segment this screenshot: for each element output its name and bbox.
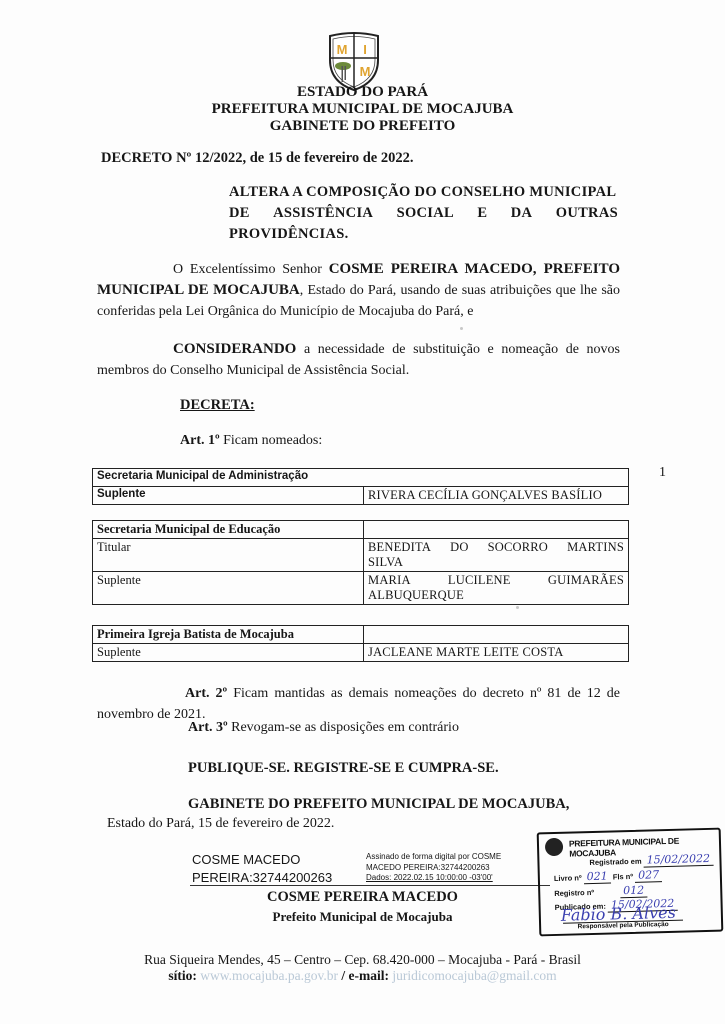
preamble-intro: O Excelentíssimo Senhor bbox=[173, 262, 329, 277]
table-row: Suplente JACLEANE MARTE LEITE COSTA bbox=[93, 644, 629, 662]
word: LUCILENE bbox=[448, 573, 511, 588]
word: MARTINS bbox=[567, 540, 624, 555]
table-row: Suplente MARIALUCILENEGUIMARÃES ALBUQUER… bbox=[93, 572, 629, 605]
stamp-value: 012 bbox=[620, 884, 647, 899]
entity-cell: Secretaria Municipal de Educação bbox=[93, 521, 364, 539]
role-cell: Suplente bbox=[93, 487, 364, 505]
member-name-line: ALBUQUERQUE bbox=[368, 588, 624, 603]
role-cell: Titular bbox=[93, 539, 364, 572]
registration-stamp: PREFEITURA MUNICIPAL DE MOCAJUBA Registr… bbox=[537, 828, 724, 937]
digital-signature-info-line: Assinado de forma digital por COSME bbox=[366, 852, 501, 863]
stamp-registrado: Registrado em 15/02/2022 bbox=[589, 852, 713, 868]
signature-line bbox=[190, 885, 550, 886]
seal-icon bbox=[545, 838, 563, 856]
header-gabinete: GABINETE DO PREFEITO bbox=[0, 118, 725, 135]
member-name-cell: RIVERA CECÍLIA GONÇALVES BASÍLIO bbox=[364, 487, 629, 505]
article-2-label: Art. 2º bbox=[185, 686, 227, 701]
table-row: Suplente RIVERA CECÍLIA GONÇALVES BASÍLI… bbox=[93, 487, 629, 505]
table-row: Primeira Igreja Batista de Mocajuba bbox=[93, 626, 629, 644]
entity-cell: Primeira Igreja Batista de Mocajuba bbox=[93, 626, 364, 644]
article-2: Art. 2º Ficam mantidas as demais nomeaçõ… bbox=[97, 683, 620, 725]
article-1-label: Art. 1º bbox=[180, 433, 220, 448]
members-table-igreja-batista: Primeira Igreja Batista de Mocajuba Supl… bbox=[92, 625, 629, 662]
word: MARIA bbox=[368, 573, 411, 588]
article-3-label: Art. 3º bbox=[188, 720, 228, 735]
word: SOCIAL bbox=[397, 203, 454, 224]
member-name-cell: BENEDITADOSOCORROMARTINS SILVA bbox=[364, 539, 629, 572]
word: E bbox=[477, 203, 487, 224]
empty-cell bbox=[364, 626, 629, 644]
closing-place-date: Estado do Pará, 15 de fevereiro de 2022. bbox=[107, 816, 334, 832]
page-number: 1 bbox=[659, 465, 666, 481]
digital-signature-name: COSME MACEDO PEREIRA:32744200263 bbox=[192, 851, 332, 887]
considerando-label: CONSIDERANDO bbox=[173, 341, 296, 357]
members-table-administracao: Secretaria Municipal de Administração Su… bbox=[92, 468, 629, 505]
article-1: Art. 1º Ficam nomeados: bbox=[180, 433, 322, 449]
footer-email-link[interactable]: juridicomocajuba@gmail.com bbox=[392, 968, 556, 983]
role-cell: Suplente bbox=[93, 572, 364, 605]
header-state: ESTADO DO PARÁ bbox=[0, 84, 725, 101]
header-prefeitura: PREFEITURA MUNICIPAL DE MOCAJUBA bbox=[0, 101, 725, 118]
table-row: Secretaria Municipal de Educação bbox=[93, 521, 629, 539]
stamp-label: Registrado em bbox=[589, 857, 641, 867]
digital-signature-info-line: MACEDO PEREIRA:32744200263 bbox=[366, 863, 501, 874]
decree-ementa: ALTERA A COMPOSIÇÃO DO CONSELHO MUNICIPA… bbox=[229, 182, 618, 245]
footer-site-label: sítio: bbox=[168, 968, 200, 983]
empty-cell bbox=[364, 521, 629, 539]
stamp-label: Fls nº bbox=[613, 872, 633, 882]
decreta-heading: DECRETA: bbox=[180, 397, 255, 414]
article-3: Art. 3º Revogam-se as disposições em con… bbox=[188, 720, 459, 736]
member-name-line: SILVA bbox=[368, 555, 624, 570]
article-1-text: Ficam nomeados: bbox=[220, 433, 323, 448]
stamp-livro: Livro nº 021 Fls nº 027 bbox=[554, 868, 663, 884]
member-name-cell: MARIALUCILENEGUIMARÃES ALBUQUERQUE bbox=[364, 572, 629, 605]
decree-title: DECRETO Nº 12/2022, de 15 de fevereiro d… bbox=[101, 150, 414, 167]
municipal-crest-logo: M I M bbox=[326, 30, 382, 92]
scan-speck bbox=[460, 327, 463, 330]
stamp-label: Livro nº bbox=[554, 873, 582, 883]
table-row: Titular BENEDITADOSOCORROMARTINS SILVA bbox=[93, 539, 629, 572]
ementa-line: ALTERA A COMPOSIÇÃO DO CONSELHO MUNICIPA… bbox=[229, 182, 618, 203]
word: ASSISTÊNCIA bbox=[273, 203, 373, 224]
stamp-responsavel: Responsável pela Publicação bbox=[563, 920, 683, 931]
word: DA bbox=[511, 203, 533, 224]
stamp-registro: Registro nº 012 bbox=[554, 884, 647, 899]
word: OUTRAS bbox=[556, 203, 618, 224]
stamp-value: 027 bbox=[635, 868, 662, 883]
article-2-text: Ficam mantidas as demais nomeações do de… bbox=[97, 686, 620, 722]
ementa-line: DEASSISTÊNCIASOCIALEDAOUTRAS bbox=[229, 203, 618, 224]
members-table-educacao: Secretaria Municipal de Educação Titular… bbox=[92, 520, 629, 605]
preamble-paragraph: O Excelentíssimo Senhor COSME PEREIRA MA… bbox=[97, 259, 620, 322]
ementa-line: PROVIDÊNCIAS. bbox=[229, 224, 618, 245]
table-row: Secretaria Municipal de Administração bbox=[93, 469, 629, 487]
footer-site-link[interactable]: www.mocajuba.pa.gov.br bbox=[200, 968, 338, 983]
svg-text:M: M bbox=[337, 42, 348, 57]
digital-signature-name-line: COSME MACEDO bbox=[192, 851, 332, 869]
stamp-value: 15/02/2022 bbox=[643, 852, 713, 868]
article-3-text: Revogam-se as disposições em contrário bbox=[228, 720, 459, 735]
entity-cell: Secretaria Municipal de Administração bbox=[93, 469, 629, 487]
word: BENEDITA bbox=[368, 540, 431, 555]
member-name-line: MARIALUCILENEGUIMARÃES bbox=[368, 573, 624, 588]
role-cell: Suplente bbox=[93, 644, 364, 662]
member-name-cell: JACLEANE MARTE LEITE COSTA bbox=[364, 644, 629, 662]
stamp-label: Registro nº bbox=[554, 888, 594, 898]
footer-contact: sítio: www.mocajuba.pa.gov.br / e-mail: … bbox=[0, 968, 725, 984]
considerando-paragraph: CONSIDERANDO a necessidade de substituiç… bbox=[97, 339, 620, 381]
svg-text:I: I bbox=[363, 42, 367, 57]
scan-speck bbox=[516, 606, 519, 609]
closing-office: GABINETE DO PREFEITO MUNICIPAL DE MOCAJU… bbox=[188, 796, 569, 813]
word: DE bbox=[229, 203, 250, 224]
footer-address: Rua Siqueira Mendes, 45 – Centro – Cep. … bbox=[0, 952, 725, 968]
digital-signature-info-line: Dados: 2022.02.15 10:00:00 -03'00' bbox=[366, 873, 501, 884]
publication-order: PUBLIQUE-SE. REGISTRE-SE E CUMPRA-SE. bbox=[188, 760, 499, 777]
svg-text:M: M bbox=[360, 64, 371, 79]
word: SOCORRO bbox=[488, 540, 548, 555]
footer-email-label: / e-mail: bbox=[338, 968, 392, 983]
member-name-line: BENEDITADOSOCORROMARTINS bbox=[368, 540, 624, 555]
stamp-value: 021 bbox=[584, 870, 611, 885]
word: GUIMARÃES bbox=[548, 573, 624, 588]
word: DO bbox=[450, 540, 468, 555]
digital-signature-info: Assinado de forma digital por COSME MACE… bbox=[366, 852, 501, 884]
